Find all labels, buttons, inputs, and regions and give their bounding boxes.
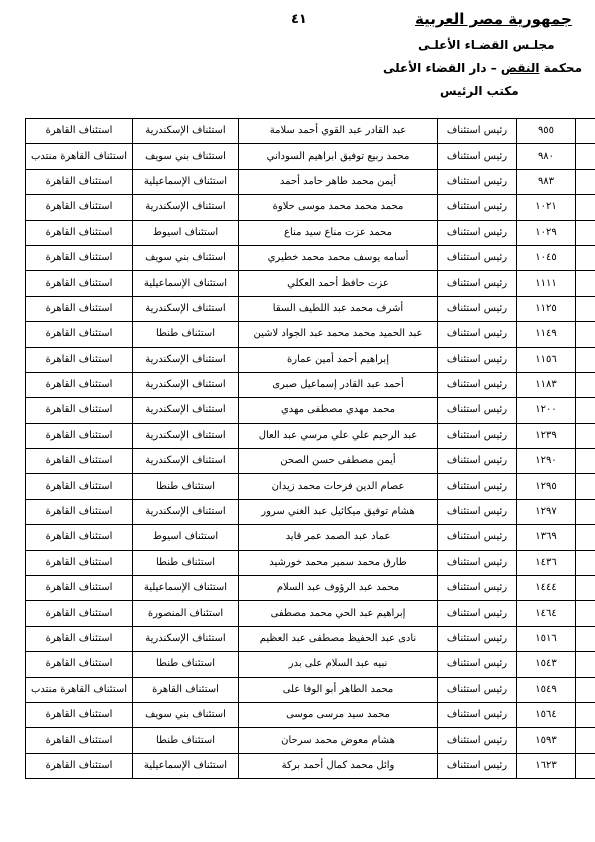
row-index: ١٩_ xyxy=(576,347,595,372)
row-to-court: استئناف القاهرة xyxy=(26,474,133,499)
row-index: ٢٥_ xyxy=(576,499,595,524)
row-name: عماد عبد الصمد عمر قايد xyxy=(239,525,438,550)
row-title: رئيس استئناف xyxy=(438,372,517,397)
table-row: ٣١_١٥٤٣رئيس استئنافنبيه عبد السلام على ب… xyxy=(26,652,595,677)
row-code: ١٣٦٩ xyxy=(517,525,576,550)
row-from-court: استئناف الإسكندرية xyxy=(133,119,239,144)
roster-body: ١٠_٩٥٥رئيس استئنافعبد القادر عبد القوي أ… xyxy=(26,119,595,779)
row-title: رئيس استئناف xyxy=(438,702,517,727)
row-index: ٢٨_ xyxy=(576,576,595,601)
row-from-court: استئناف الإسكندرية xyxy=(133,449,239,474)
row-code: ١٥٤٣ xyxy=(517,652,576,677)
row-from-court: استئناف طنطا xyxy=(133,550,239,575)
table-row: ٢٥_١٢٩٧رئيس استئنافهشام توفيق ميكائيل عب… xyxy=(26,499,595,524)
row-from-court: استئناف الإسكندرية xyxy=(133,423,239,448)
row-name: وائل محمد كمال أحمد بركة xyxy=(239,753,438,778)
row-to-court: استئناف القاهرة xyxy=(26,423,133,448)
table-row: ٢٤_١٢٩٥رئيس استئنافعصام الدين فرحات محمد… xyxy=(26,474,595,499)
row-to-court: استئناف القاهرة منتدب xyxy=(26,144,133,169)
table-row: ١٤_١٠٢٩رئيس استئنافمحمد عزت مناع سيد منا… xyxy=(26,220,595,245)
row-code: ١١٢٥ xyxy=(517,296,576,321)
row-from-court: استئناف طنطا xyxy=(133,652,239,677)
row-index: ١٤_ xyxy=(576,220,595,245)
row-index: ١١_ xyxy=(576,144,595,169)
row-from-court: استئناف القاهرة xyxy=(133,677,239,702)
row-name: عبد الرحيم علي علي مرسي عبد العال xyxy=(239,423,438,448)
header-council: مجلـس القضـاء الأعلـى xyxy=(418,38,555,52)
table-row: ١٧_١١٢٥رئيس استئنافأشرف محمد عبد اللطيف … xyxy=(26,296,595,321)
row-title: رئيس استئناف xyxy=(438,576,517,601)
row-name: هشام توفيق ميكائيل عبد الغني سرور xyxy=(239,499,438,524)
row-name: نادى عبد الحفيظ مصطفى عبد العظيم xyxy=(239,626,438,651)
row-name: أسامه يوسف محمد محمد خطيري xyxy=(239,245,438,270)
row-code: ١١٨٣ xyxy=(517,372,576,397)
table-row: ٢٢_١٢٣٩رئيس استئنافعبد الرحيم علي علي مر… xyxy=(26,423,595,448)
row-index: ٢١_ xyxy=(576,398,595,423)
row-code: ١٤٣٦ xyxy=(517,550,576,575)
row-index: ٣٣_ xyxy=(576,702,595,727)
row-from-court: استئناف بني سويف xyxy=(133,245,239,270)
row-code: ٩٨٣ xyxy=(517,169,576,194)
table-row: ٢٧_١٤٣٦رئيس استئنافطارق محمد سمير محمد خ… xyxy=(26,550,595,575)
row-to-court: استئناف القاهرة xyxy=(26,652,133,677)
row-name: عزت حافظ أحمد العكلي xyxy=(239,271,438,296)
table-row: ١٨_١١٤٩رئيس استئنافعبد الحميد محمد محمد … xyxy=(26,322,595,347)
row-code: ١٥٦٤ xyxy=(517,702,576,727)
row-to-court: استئناف القاهرة xyxy=(26,398,133,423)
header-republic: جمهورية مصر العربية xyxy=(415,10,572,28)
row-code: ٩٥٥ xyxy=(517,119,576,144)
row-title: رئيس استئناف xyxy=(438,728,517,753)
row-index: ٣٥_ xyxy=(576,753,595,778)
table-row: ٢٨_١٤٤٤رئيس استئنافمحمد عبد الرؤوف عبد ا… xyxy=(26,576,595,601)
row-title: رئيس استئناف xyxy=(438,550,517,575)
row-to-court: استئناف القاهرة xyxy=(26,753,133,778)
table-row: ٢٠_١١٨٣رئيس استئنافأحمد عبد القادر إسماع… xyxy=(26,372,595,397)
row-from-court: استئناف الإسماعيلية xyxy=(133,169,239,194)
row-name: محمد ربيع توفيق ابراهيم السوداني xyxy=(239,144,438,169)
row-title: رئيس استئناف xyxy=(438,195,517,220)
row-to-court: استئناف القاهرة xyxy=(26,347,133,372)
row-name: محمد محمد محمد موسى حلاوة xyxy=(239,195,438,220)
row-from-court: استئناف المنصورة xyxy=(133,601,239,626)
row-title: رئيس استئناف xyxy=(438,474,517,499)
row-from-court: استئناف الإسماعيلية xyxy=(133,271,239,296)
row-title: رئيس استئناف xyxy=(438,652,517,677)
row-title: رئيس استئناف xyxy=(438,144,517,169)
table-row: ٢٦_١٣٦٩رئيس استئنافعماد عبد الصمد عمر قا… xyxy=(26,525,595,550)
row-code: ١٥٩٣ xyxy=(517,728,576,753)
row-from-court: استئناف الإسكندرية xyxy=(133,398,239,423)
row-title: رئيس استئناف xyxy=(438,271,517,296)
row-to-court: استئناف القاهرة xyxy=(26,296,133,321)
row-index: ٢٩_ xyxy=(576,601,595,626)
row-to-court: استئناف القاهرة xyxy=(26,499,133,524)
row-name: محمد سيد مرسى موسى xyxy=(239,702,438,727)
table-row: ١٠_٩٥٥رئيس استئنافعبد القادر عبد القوي أ… xyxy=(26,119,595,144)
row-to-court: استئناف القاهرة xyxy=(26,245,133,270)
row-name: أيمن محمد طاهر حامد أحمد xyxy=(239,169,438,194)
page-number: ٤١ xyxy=(291,12,307,27)
row-to-court: استئناف القاهرة xyxy=(26,195,133,220)
row-title: رئيس استئناف xyxy=(438,398,517,423)
row-code: ١٢٩٥ xyxy=(517,474,576,499)
table-row: ٣٤_١٥٩٣رئيس استئنافهشام معوض محمد سرحانا… xyxy=(26,728,595,753)
row-index: ٣١_ xyxy=(576,652,595,677)
row-to-court: استئناف القاهرة xyxy=(26,220,133,245)
row-title: رئيس استئناف xyxy=(438,322,517,347)
table-row: ١٢_٩٨٣رئيس استئنافأيمن محمد طاهر حامد أح… xyxy=(26,169,595,194)
row-index: ١٦_ xyxy=(576,271,595,296)
row-code: ١٢٣٩ xyxy=(517,423,576,448)
row-name: إبراهيم أحمد أمين عمارة xyxy=(239,347,438,372)
row-code: ١٤٦٤ xyxy=(517,601,576,626)
row-title: رئيس استئناف xyxy=(438,423,517,448)
row-index: ٢٢_ xyxy=(576,423,595,448)
row-name: أحمد عبد القادر إسماعيل صبرى xyxy=(239,372,438,397)
row-from-court: استئناف الإسماعيلية xyxy=(133,576,239,601)
row-from-court: استئناف الإسكندرية xyxy=(133,296,239,321)
table-row: ١٩_١١٥٦رئيس استئنافإبراهيم أحمد أمين عما… xyxy=(26,347,595,372)
table-row: ٢١_١٢٠٠رئيس استئنافمحمد مهدي مصطفى مهديا… xyxy=(26,398,595,423)
row-title: رئيس استئناف xyxy=(438,525,517,550)
row-to-court: استئناف القاهرة منتدب xyxy=(26,677,133,702)
row-from-court: استئناف اسيوط xyxy=(133,525,239,550)
row-to-court: استئناف القاهرة xyxy=(26,576,133,601)
row-from-court: استئناف اسيوط xyxy=(133,220,239,245)
court-prefix: محكمة xyxy=(539,61,582,75)
row-index: ٢٤_ xyxy=(576,474,595,499)
row-index: ٣٠_ xyxy=(576,626,595,651)
row-code: ١٥١٦ xyxy=(517,626,576,651)
row-to-court: استئناف القاهرة xyxy=(26,322,133,347)
row-to-court: استئناف القاهرة xyxy=(26,119,133,144)
row-name: أشرف محمد عبد اللطيف السقا xyxy=(239,296,438,321)
row-to-court: استئناف القاهرة xyxy=(26,626,133,651)
table-row: ١٦_١١١١رئيس استئنافعزت حافظ أحمد العكليا… xyxy=(26,271,595,296)
row-name: محمد مهدي مصطفى مهدي xyxy=(239,398,438,423)
row-title: رئيس استئناف xyxy=(438,753,517,778)
row-title: رئيس استئناف xyxy=(438,677,517,702)
row-title: رئيس استئناف xyxy=(438,449,517,474)
row-from-court: استئناف الإسكندرية xyxy=(133,195,239,220)
row-name: هشام معوض محمد سرحان xyxy=(239,728,438,753)
row-name: محمد عزت مناع سيد مناع xyxy=(239,220,438,245)
row-index: ١٠_ xyxy=(576,119,595,144)
row-index: ٢٦_ xyxy=(576,525,595,550)
table-row: ١٣_١٠٢١رئيس استئنافمحمد محمد محمد موسى ح… xyxy=(26,195,595,220)
row-code: ٩٨٠ xyxy=(517,144,576,169)
row-code: ١١٤٩ xyxy=(517,322,576,347)
row-from-court: استئناف طنطا xyxy=(133,474,239,499)
row-from-court: استئناف طنطا xyxy=(133,728,239,753)
row-code: ١٠٤٥ xyxy=(517,245,576,270)
row-to-court: استئناف القاهرة xyxy=(26,550,133,575)
row-title: رئيس استئناف xyxy=(438,119,517,144)
row-title: رئيس استئناف xyxy=(438,601,517,626)
row-to-court: استئناف القاهرة xyxy=(26,271,133,296)
row-index: ٣٢_ xyxy=(576,677,595,702)
row-from-court: استئناف الإسكندرية xyxy=(133,372,239,397)
table-row: ١٥_١٠٤٥رئيس استئنافأسامه يوسف محمد محمد … xyxy=(26,245,595,270)
table-row: ٢٩_١٤٦٤رئيس استئنافإبراهيم عبد الحي محمد… xyxy=(26,601,595,626)
row-code: ١١٥٦ xyxy=(517,347,576,372)
row-to-court: استئناف القاهرة xyxy=(26,372,133,397)
row-from-court: استئناف الإسكندرية xyxy=(133,347,239,372)
row-index: ١٣_ xyxy=(576,195,595,220)
row-name: محمد الطاهر أبو الوفا على xyxy=(239,677,438,702)
roster-table: ١٠_٩٥٥رئيس استئنافعبد القادر عبد القوي أ… xyxy=(25,118,595,779)
row-title: رئيس استئناف xyxy=(438,347,517,372)
row-index: ٢٣_ xyxy=(576,449,595,474)
row-index: ٣٤_ xyxy=(576,728,595,753)
row-code: ١١١١ xyxy=(517,271,576,296)
row-to-court: استئناف القاهرة xyxy=(26,449,133,474)
row-code: ١٢٩٠ xyxy=(517,449,576,474)
row-code: ١٤٤٤ xyxy=(517,576,576,601)
court-underlined: النقض xyxy=(501,61,540,75)
row-index: ٢٧_ xyxy=(576,550,595,575)
row-code: ١٠٢٩ xyxy=(517,220,576,245)
row-code: ١٥٤٩ xyxy=(517,677,576,702)
table-row: ٢٣_١٢٩٠رئيس استئنافأيمن مصطفى حسن الصحنا… xyxy=(26,449,595,474)
row-from-court: استئناف بني سويف xyxy=(133,702,239,727)
table-row: ١١_٩٨٠رئيس استئنافمحمد ربيع توفيق ابراهي… xyxy=(26,144,595,169)
row-from-court: استئناف الإسماعيلية xyxy=(133,753,239,778)
row-index: ١٧_ xyxy=(576,296,595,321)
row-to-court: استئناف القاهرة xyxy=(26,525,133,550)
row-index: ١٢_ xyxy=(576,169,595,194)
table-row: ٣٢_١٥٤٩رئيس استئنافمحمد الطاهر أبو الوفا… xyxy=(26,677,595,702)
row-title: رئيس استئناف xyxy=(438,499,517,524)
row-index: ١٥_ xyxy=(576,245,595,270)
row-name: عبد الحميد محمد محمد عبد الجواد لاشين xyxy=(239,322,438,347)
row-name: عصام الدين فرحات محمد زيدان xyxy=(239,474,438,499)
row-name: أيمن مصطفى حسن الصحن xyxy=(239,449,438,474)
row-name: إبراهيم عبد الحي محمد مصطفى xyxy=(239,601,438,626)
row-to-court: استئناف القاهرة xyxy=(26,728,133,753)
row-title: رئيس استئناف xyxy=(438,169,517,194)
row-title: رئيس استئناف xyxy=(438,245,517,270)
table-row: ٣٥_١٦٢٣رئيس استئنافوائل محمد كمال أحمد ب… xyxy=(26,753,595,778)
row-from-court: استئناف الإسكندرية xyxy=(133,499,239,524)
table-row: ٣٠_١٥١٦رئيس استئنافنادى عبد الحفيظ مصطفى… xyxy=(26,626,595,651)
court-middle: – دار xyxy=(465,61,501,75)
row-from-court: استئناف طنطا xyxy=(133,322,239,347)
row-to-court: استئناف القاهرة xyxy=(26,601,133,626)
row-index: ١٨_ xyxy=(576,322,595,347)
row-code: ١٠٢١ xyxy=(517,195,576,220)
row-index: ٢٠_ xyxy=(576,372,595,397)
header-office: مكتب الرئيس xyxy=(440,84,519,98)
table-row: ٣٣_١٥٦٤رئيس استئنافمحمد سيد مرسى موسىاست… xyxy=(26,702,595,727)
row-name: محمد عبد الرؤوف عبد السلام xyxy=(239,576,438,601)
row-from-court: استئناف الإسكندرية xyxy=(133,626,239,651)
row-to-court: استئناف القاهرة xyxy=(26,169,133,194)
row-name: طارق محمد سمير محمد خورشيد xyxy=(239,550,438,575)
row-to-court: استئناف القاهرة xyxy=(26,702,133,727)
court-suffix: القضاء الأعلى xyxy=(383,61,465,75)
row-name: نبيه عبد السلام على بدر xyxy=(239,652,438,677)
row-code: ١٢٠٠ xyxy=(517,398,576,423)
row-code: ١٦٢٣ xyxy=(517,753,576,778)
row-from-court: استئناف بني سويف xyxy=(133,144,239,169)
row-code: ١٢٩٧ xyxy=(517,499,576,524)
row-title: رئيس استئناف xyxy=(438,296,517,321)
row-name: عبد القادر عبد القوي أحمد سلامة xyxy=(239,119,438,144)
row-title: رئيس استئناف xyxy=(438,220,517,245)
row-title: رئيس استئناف xyxy=(438,626,517,651)
header-court: محكمة النقض – دار القضاء الأعلى xyxy=(383,61,582,75)
